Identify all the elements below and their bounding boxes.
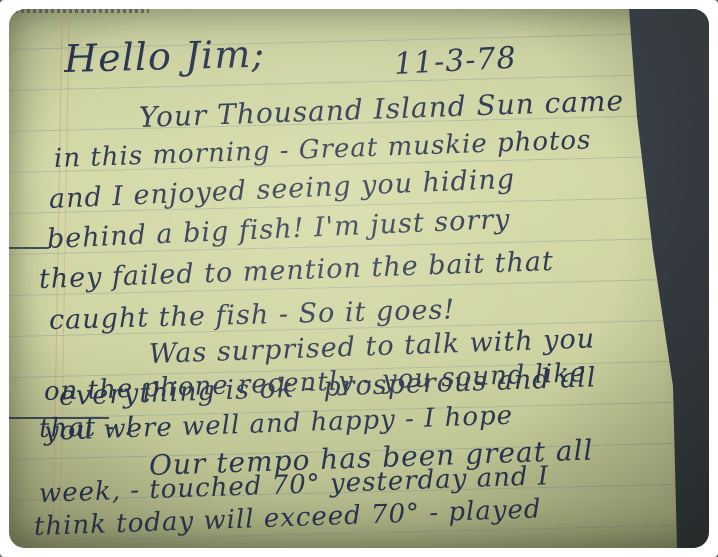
perforated-edge — [9, 9, 149, 13]
letter-date: 11-3-78 — [393, 41, 517, 82]
photo-frame: Hello Jim; 11-3-78 Your Thousand Island … — [0, 0, 718, 557]
letter-greeting: Hello Jim; — [63, 32, 265, 81]
margin-strike — [9, 247, 49, 249]
margin-strike — [9, 417, 109, 419]
letter-photo: Hello Jim; 11-3-78 Your Thousand Island … — [9, 9, 709, 548]
